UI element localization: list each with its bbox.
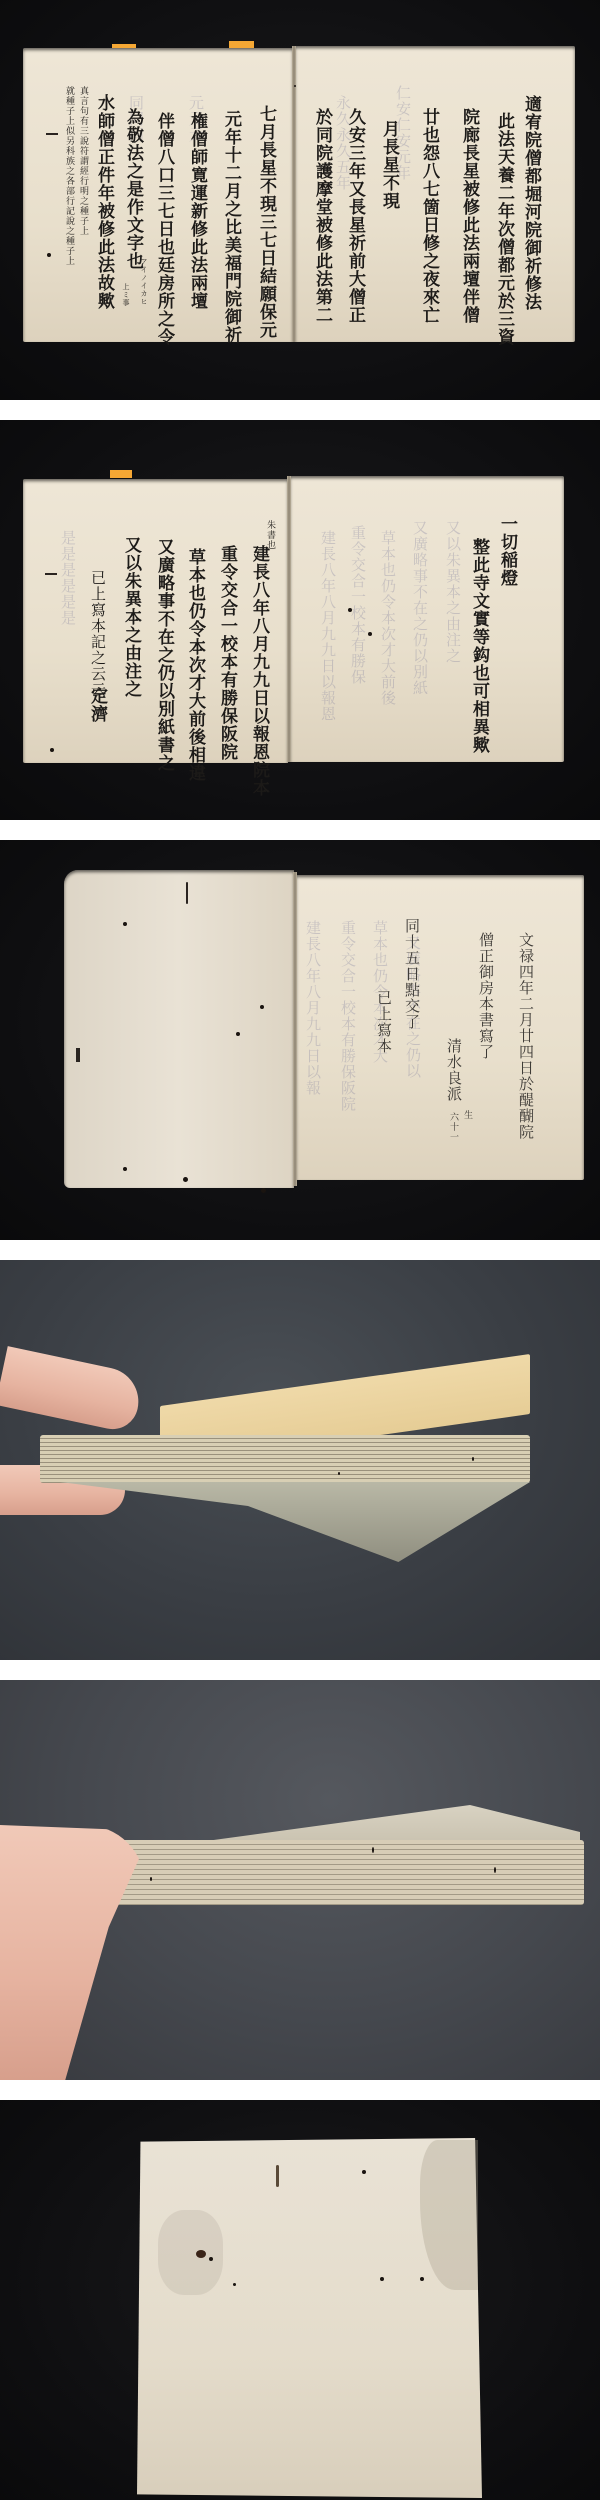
text-column: 又廣略事不在之仍以別紙書之 <box>155 538 172 772</box>
ink-mark <box>186 882 188 904</box>
wormhole <box>123 922 127 926</box>
text-column: 七月長星不現三七日結願保元 <box>257 105 274 339</box>
text-column: 僧正御房本書寫了 <box>478 932 493 1060</box>
wormhole <box>260 1005 264 1009</box>
wormhole <box>420 2277 424 2281</box>
furigana: アイノイカヒ <box>140 258 147 306</box>
ink-mark <box>276 2165 279 2187</box>
hand <box>0 1825 145 2080</box>
ink-mark <box>76 1048 80 1062</box>
ink-mark <box>46 133 58 135</box>
text-column: 適宥院僧都堀河院御祈修法 <box>522 95 539 311</box>
text-column: 整此寺文實等鈎也可相異歟 <box>470 538 487 754</box>
wormhole <box>294 85 296 87</box>
signature: 定濟 <box>88 687 105 723</box>
wormhole <box>348 608 352 612</box>
wormhole <box>338 1472 340 1475</box>
text-column: 已上寫本記之云云 <box>90 570 105 698</box>
text-column: 草本也仍令本次才大前後相違 <box>186 548 203 782</box>
wormhole <box>368 632 372 636</box>
foxing-stain <box>158 2210 223 2295</box>
wormhole <box>196 2250 206 2258</box>
text-column: 重令交合一校本有勝保阪院 <box>218 545 235 761</box>
wormhole <box>50 748 54 752</box>
text-column: 一切稲燈 <box>498 515 515 587</box>
wormhole <box>123 1167 127 1171</box>
book-gutter <box>293 872 297 1186</box>
wormhole <box>380 2277 384 2281</box>
wormhole <box>261 1188 266 1193</box>
text-column: 廿也怨八七箇日修之夜來亡 <box>420 108 437 324</box>
photo-front-cover <box>0 2100 600 2500</box>
photo-open-spread-2: 建長八年八月九九日以報恩 重令交合一校本有勝保 草本也仍令本次才大前後 又廣略事… <box>0 420 600 820</box>
text-column: 元年十二月之比美福門院御祈 <box>222 110 239 344</box>
text-column: 伴僧八口三七日也廷房所之令 <box>155 112 172 346</box>
hand-fingers <box>0 1346 145 1434</box>
wormhole <box>472 1457 474 1461</box>
text-column: 於同院護摩堂被修此法第二 <box>313 108 330 324</box>
wormhole <box>233 2283 236 2286</box>
text-column: 権僧師寛運新修此法兩壇 <box>188 112 205 310</box>
photo-colophon-spread: 建長八年八月九九日以報 重令交合一校本有勝保阪院 草本也仍令本次才大 又廣略事不… <box>0 840 600 1240</box>
text-column: 水師僧正件年被修此法故歟 <box>95 94 112 310</box>
wormhole <box>47 253 51 257</box>
text-column: 文禄四年二月廿四日於醍醐院 <box>518 932 533 1140</box>
photo-fore-edge-closed <box>0 1680 600 2080</box>
wormhole <box>362 2170 366 2174</box>
photo-open-spread-1: 永久永久五年 仁安仁安元年 同同同 元元元 適宥院僧都堀河院御祈修法 此法天養二… <box>0 0 600 400</box>
text-column: 建長八年八月九九日以報恩院本 <box>250 545 267 797</box>
wormhole <box>183 1177 188 1182</box>
left-page-blank <box>64 870 294 1188</box>
age-note: 生 <box>462 1110 471 1120</box>
wormhole <box>150 1877 152 1881</box>
age-note: 六十一 <box>448 1112 457 1142</box>
text-column: 為敬法之是作文字也 <box>124 108 141 270</box>
text-column: 月長星不現 <box>380 120 397 210</box>
wormhole <box>236 1032 240 1036</box>
furigana: 上ミ事 <box>122 283 129 307</box>
annotation-column: 真言句有三說符謂經行明之種子上 <box>78 86 87 236</box>
book-gutter <box>292 46 296 342</box>
text-column: 久安三年又長星祈前大僧正 <box>346 108 363 324</box>
book-fore-edge <box>40 1435 530 1483</box>
ink-mark <box>45 573 57 575</box>
wormhole <box>372 1847 374 1853</box>
annotation-column: 就種子上似另科族之各部行記說之種子上 <box>64 86 73 266</box>
text-column: 又以朱異本之由注之 <box>122 536 139 698</box>
text-column: 清水良派 <box>446 1038 461 1102</box>
wormhole <box>209 2257 213 2261</box>
orange-bookmark-tab <box>110 470 132 478</box>
book-gutter <box>287 476 291 762</box>
wormhole <box>494 1867 496 1873</box>
text-column: 院廊長星被修此法兩壇伴僧 <box>460 108 477 324</box>
text-column: 同十五日點交了 <box>404 918 419 1030</box>
text-column: 此法天養二年次僧都元於三資 <box>495 112 512 346</box>
text-column: 已上寫本 <box>376 990 391 1054</box>
photo-fore-edge-fanned <box>0 1260 600 1660</box>
hanging-cover <box>60 1482 530 1562</box>
